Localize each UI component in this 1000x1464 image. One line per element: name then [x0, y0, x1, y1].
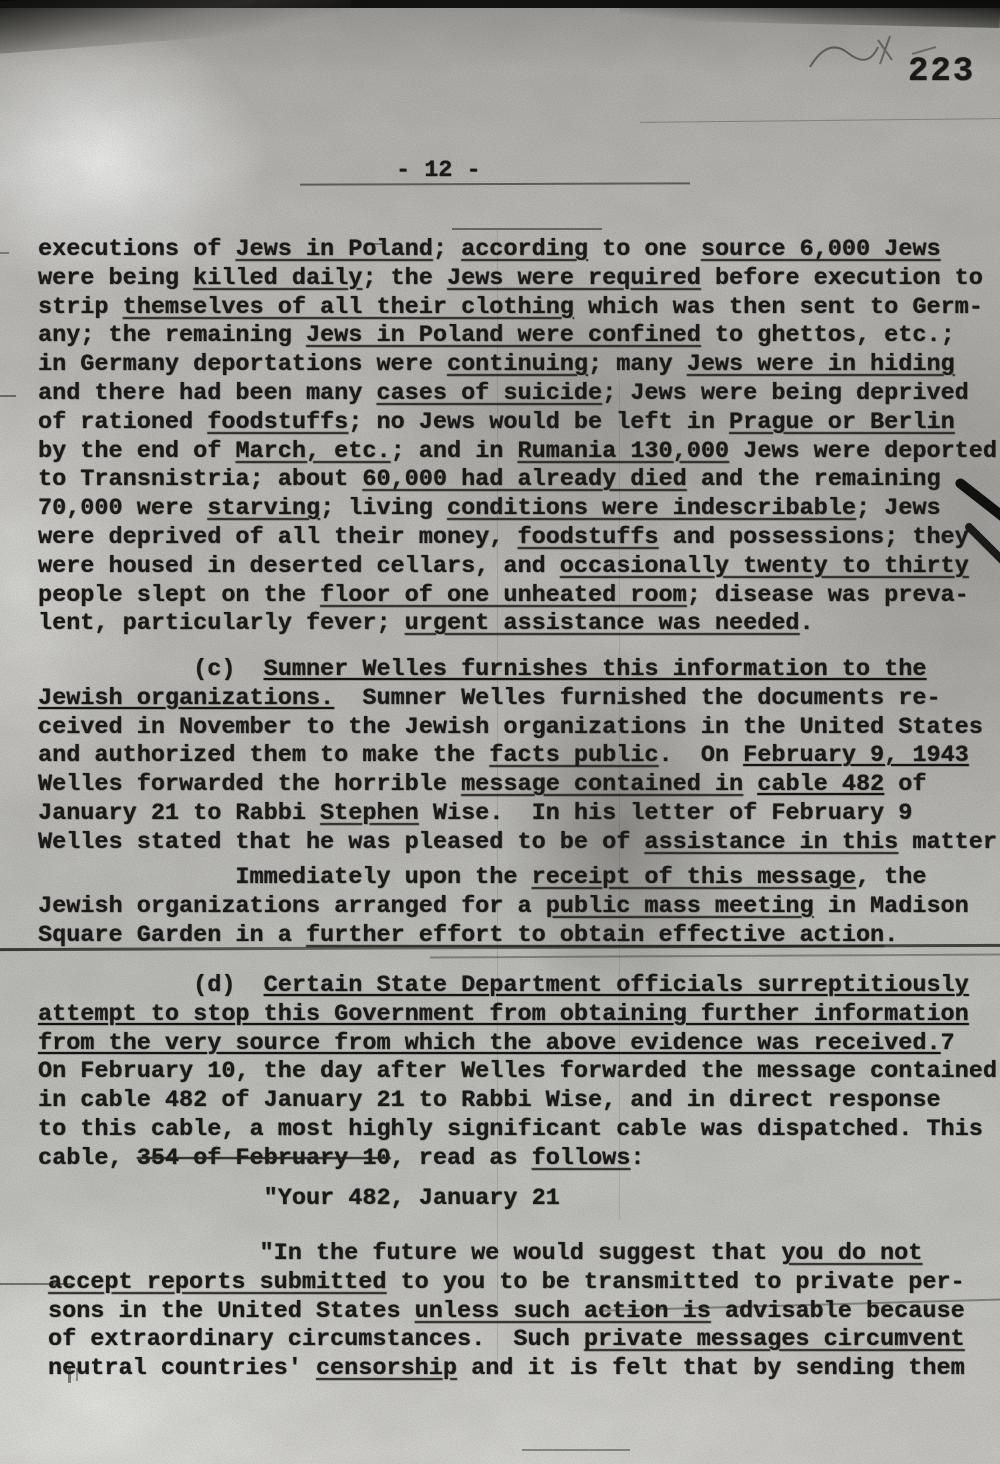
- text-line: 70,000 were starving; living conditions …: [38, 495, 997, 524]
- text-line: Immediately upon the receipt of this mes…: [38, 864, 969, 893]
- text-line: (d) Certain State Department officials s…: [38, 972, 997, 1001]
- paragraph-section-c: (c) Sumner Welles furnishes this informa…: [38, 656, 997, 858]
- text-line: in cable 482 of January 21 to Rabbi Wise…: [38, 1087, 997, 1116]
- text-line: Jewish organizations. Sumner Welles furn…: [38, 685, 997, 714]
- text-line: of extraordinary circumstances. Such pri…: [48, 1326, 965, 1355]
- text-line: people slept on the floor of one unheate…: [38, 582, 997, 611]
- text-line: and authorized them to make the facts pu…: [38, 742, 997, 771]
- paragraph-madison-square: Immediately upon the receipt of this mes…: [38, 864, 969, 950]
- scan-top-edge-bar: [0, 0, 1000, 8]
- text-line: On February 10, the day after Welles for…: [38, 1058, 997, 1087]
- paragraph-atrocity-report: executions of Jews in Poland; according …: [38, 236, 997, 639]
- pencil-mark: [0, 252, 9, 254]
- crease-line: [640, 118, 1000, 123]
- text-line: "Your 482, January 21: [38, 1185, 560, 1214]
- scanned-document-page: 223 - 12 - executions of Jews in Poland;…: [0, 0, 1000, 1464]
- text-line: neutral countries' censorship and it is …: [48, 1355, 965, 1384]
- page-number: 223: [908, 58, 975, 87]
- text-line: accept reports submitted to you to be tr…: [48, 1269, 965, 1298]
- text-line: to Transnistria; about 60,000 had alread…: [38, 466, 997, 495]
- cable-quote-heading: "Your 482, January 21: [38, 1185, 560, 1214]
- paragraph-section-d: (d) Certain State Department officials s…: [38, 972, 997, 1174]
- text-line: (c) Sumner Welles furnishes this informa…: [38, 656, 997, 685]
- text-line: were being killed daily; the Jews were r…: [38, 265, 997, 294]
- text-line: lent, particularly fever; urgent assista…: [38, 610, 997, 639]
- text-line: cable, 354 of February 10, read as follo…: [38, 1145, 997, 1174]
- scan-corner-smudge: [620, 0, 1000, 28]
- text-line: attempt to stop this Government from obt…: [38, 1001, 997, 1030]
- text-line: "In the future we would suggest that you…: [48, 1240, 965, 1269]
- pencil-mark: [0, 395, 16, 397]
- pencil-mark: [522, 1449, 630, 1451]
- text-line: January 21 to Rabbi Stephen Wise. In his…: [38, 800, 997, 829]
- text-line: and there had been many cases of suicide…: [38, 380, 997, 409]
- text-line: to this cable, a most highly significant…: [38, 1116, 997, 1145]
- text-line: Jewish organizations arranged for a publ…: [38, 893, 969, 922]
- text-line: strip themselves of all their clothing w…: [38, 294, 997, 323]
- text-line: by the end of March, etc.; and in Rumani…: [38, 438, 997, 467]
- crease-line: [300, 182, 690, 185]
- text-line: in Germany deportations were continuing;…: [38, 351, 997, 380]
- center-page-label: - 12 -: [396, 157, 481, 186]
- text-line: any; the remaining Jews in Poland were c…: [38, 322, 997, 351]
- text-line: from the very source from which the abov…: [38, 1030, 997, 1059]
- text-line: were housed in deserted cellars, and occ…: [38, 553, 997, 582]
- scan-corner-smudge: [0, 0, 353, 56]
- text-line: were deprived of all their money, foodst…: [38, 524, 997, 553]
- text-line: Welles forwarded the horrible message co…: [38, 771, 997, 800]
- text-line: Square Garden in a further effort to obt…: [38, 922, 969, 951]
- crease-line: [452, 228, 602, 230]
- text-line: ceived in November to the Jewish organiz…: [38, 714, 997, 743]
- text-line: of rationed foodstuffs; no Jews would be…: [38, 409, 997, 438]
- text-line: sons in the United States unless such ac…: [48, 1298, 965, 1327]
- cable-quote-paragraph: "In the future we would suggest that you…: [48, 1240, 965, 1384]
- text-line: Welles stated that he was pleased to be …: [38, 829, 997, 858]
- crease-line: [430, 954, 1000, 958]
- text-line: executions of Jews in Poland; according …: [38, 236, 997, 265]
